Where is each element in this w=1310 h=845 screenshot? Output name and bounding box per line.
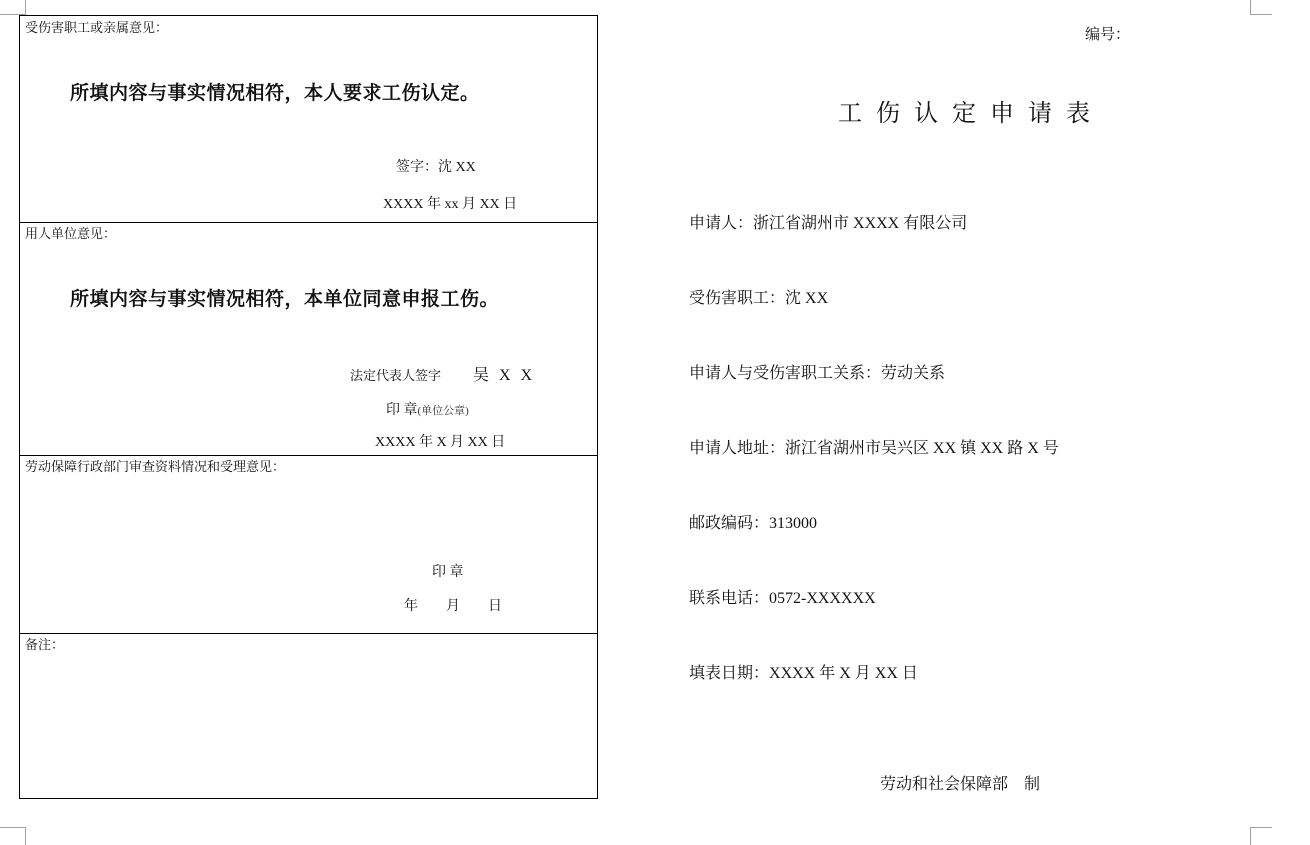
field-label: 受伤害职工： bbox=[689, 290, 785, 307]
field-label: 联系电话： bbox=[689, 590, 769, 607]
field-phone: 联系电话：0572-XXXXXX bbox=[689, 585, 876, 608]
corner-mark-bottom-left-v bbox=[25, 827, 26, 845]
remarks-section: 备注： bbox=[20, 633, 597, 798]
serial-number-label: 编号： bbox=[1085, 23, 1130, 44]
form-title: 工伤认定申请表 bbox=[838, 93, 1104, 128]
labor-dept-seal: 印 章 bbox=[432, 561, 464, 581]
field-label: 申请人地址： bbox=[689, 440, 785, 457]
legal-rep-signature-label: 法定代表人签字 bbox=[350, 365, 441, 384]
corner-mark-bottom-right-v bbox=[1250, 827, 1251, 845]
field-applicant-address: 申请人地址：浙江省湖州市吴兴区 XX 镇 XX 路 X 号 bbox=[689, 435, 1059, 458]
employee-signature: 签字：沈 XX bbox=[396, 156, 476, 176]
employee-opinion-section: 受伤害职工或亲属意见： 所填内容与事实情况相符，本人要求工伤认定。 签字：沈 X… bbox=[20, 16, 597, 223]
employer-opinion-label: 用人单位意见： bbox=[25, 223, 116, 242]
legal-rep-signature-value: 吴 X X bbox=[473, 362, 535, 385]
corner-mark-bottom-right-h bbox=[1250, 827, 1272, 828]
opinion-table: 受伤害职工或亲属意见： 所填内容与事实情况相符，本人要求工伤认定。 签字：沈 X… bbox=[19, 15, 598, 799]
field-fill-date: 填表日期：XXXX 年 X 月 XX 日 bbox=[689, 660, 918, 683]
field-value: 劳动关系 bbox=[881, 365, 945, 382]
field-label: 邮政编码： bbox=[689, 515, 769, 532]
field-applicant: 申请人：浙江省湖州市 XXXX 有限公司 bbox=[689, 210, 967, 233]
labor-dept-review-label: 劳动保障行政部门审查资料情况和受理意见： bbox=[25, 456, 285, 475]
employee-opinion-statement: 所填内容与事实情况相符，本人要求工伤认定。 bbox=[70, 78, 480, 105]
field-value: 313000 bbox=[769, 515, 817, 532]
corner-mark-top-right-h bbox=[1250, 14, 1272, 15]
employer-opinion-section: 用人单位意见： 所填内容与事实情况相符，本单位同意申报工伤。 法定代表人签字 吴… bbox=[20, 222, 597, 456]
corner-mark-bottom-left-h bbox=[0, 827, 26, 828]
employer-opinion-date: XXXX 年 X 月 XX 日 bbox=[375, 431, 505, 451]
field-value: 浙江省湖州市吴兴区 XX 镇 XX 路 X 号 bbox=[785, 440, 1059, 457]
field-label: 申请人与受伤害职工关系： bbox=[689, 365, 881, 382]
corner-mark-top-right-v bbox=[1250, 0, 1251, 14]
field-relationship: 申请人与受伤害职工关系：劳动关系 bbox=[689, 360, 945, 383]
labor-dept-date: 年 月 日 bbox=[404, 595, 502, 615]
issuing-authority-footer: 劳动和社会保障部 制 bbox=[880, 771, 1040, 794]
employer-seal: 印 章(单位公章) bbox=[386, 399, 469, 419]
field-injured-employee: 受伤害职工：沈 XX bbox=[689, 285, 828, 308]
field-value: 0572-XXXXXX bbox=[769, 590, 876, 607]
labor-dept-review-section: 劳动保障行政部门审查资料情况和受理意见： 印 章 年 月 日 bbox=[20, 455, 597, 634]
employer-opinion-statement: 所填内容与事实情况相符，本单位同意申报工伤。 bbox=[70, 284, 499, 311]
field-label: 填表日期： bbox=[689, 665, 769, 682]
field-value: 浙江省湖州市 XXXX 有限公司 bbox=[753, 215, 967, 232]
remarks-label: 备注： bbox=[25, 634, 64, 653]
field-postal-code: 邮政编码：313000 bbox=[689, 510, 817, 533]
field-value: XXXX 年 X 月 XX 日 bbox=[769, 665, 918, 682]
employer-seal-label: 印 章 bbox=[386, 403, 418, 418]
corner-mark-top-left-v bbox=[25, 0, 26, 14]
employee-opinion-date: XXXX 年 xx 月 XX 日 bbox=[383, 193, 517, 213]
employer-seal-note: (单位公章) bbox=[418, 405, 469, 417]
field-label: 申请人： bbox=[689, 215, 753, 232]
field-value: 沈 XX bbox=[785, 290, 828, 307]
employee-opinion-label: 受伤害职工或亲属意见： bbox=[25, 17, 168, 36]
